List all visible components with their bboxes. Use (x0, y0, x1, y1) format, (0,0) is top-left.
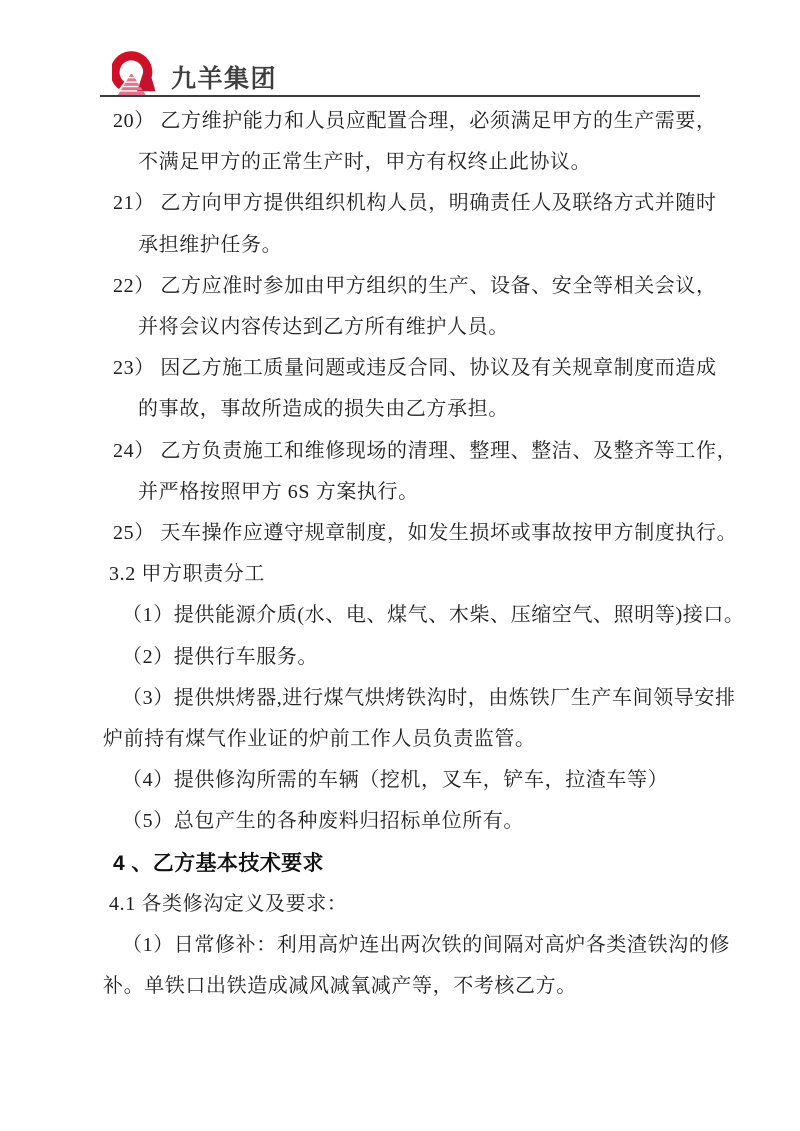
clause-21-line1: 21） 乙方向甲方提供组织机构人员，明确责任人及联络方式并随时 (100, 183, 700, 224)
clause-20-line1: 20） 乙方维护能力和人员应配置合理，必须满足甲方的生产需要， (100, 101, 700, 142)
page-header: 九羊集团 (0, 0, 800, 97)
jiuyang-group-logo-icon (112, 44, 170, 98)
section-4-1-heading: 4.1 各类修沟定义及要求： (100, 884, 700, 925)
clause-22-line2: 并将会议内容传达到乙方所有维护人员。 (100, 307, 700, 348)
item-2-crane-service: （2）提供行车服务。 (100, 637, 700, 678)
item-5-waste: （5）总包产生的各种废料归招标单位所有。 (100, 801, 700, 842)
clause-24-line1: 24） 乙方负责施工和维修现场的清理、整理、整洁、及整齐等工作， (100, 431, 700, 472)
clause-23-line1: 23） 因乙方施工质量问题或违反合同、协议及有关规章制度而造成 (100, 348, 700, 389)
header-divider (100, 95, 700, 97)
clause-24-line2: 并严格按照甲方 6S 方案执行。 (100, 472, 700, 513)
document-page: 九羊集团 20） 乙方维护能力和人员应配置合理，必须满足甲方的生产需要， 不满足… (0, 0, 800, 1131)
clause-22-line1: 22） 乙方应准时参加由甲方组织的生产、设备、安全等相关会议， (100, 266, 700, 307)
item-1-daily-repair-line1: （1）日常修补：利用高炉连出两次铁的间隔对高炉各类渣铁沟的修 (100, 925, 700, 966)
clause-20-line2: 不满足甲方的正常生产时，甲方有权终止此协议。 (100, 142, 700, 183)
section-3-2-heading: 3.2 甲方职责分工 (100, 554, 700, 595)
item-4-vehicles: （4）提供修沟所需的车辆（挖机，叉车，铲车，拉渣车等） (100, 760, 700, 801)
document-body: 20） 乙方维护能力和人员应配置合理，必须满足甲方的生产需要， 不满足甲方的正常… (0, 97, 700, 1007)
company-name: 九羊集团 (171, 59, 277, 95)
section-4-heading: 4 、乙方基本技术要求 (100, 843, 700, 884)
item-1-daily-repair-line2: 补。单铁口出铁造成减风减氧减产等，不考核乙方。 (100, 966, 700, 1007)
clause-21-line2: 承担维护任务。 (100, 225, 700, 266)
clause-25-line1: 25） 天车操作应遵守规章制度，如发生损坏或事故按甲方制度执行。 (100, 513, 700, 554)
clause-23-line2: 的事故，事故所造成的损失由乙方承担。 (100, 389, 700, 430)
item-3-baker-line2: 炉前持有煤气作业证的炉前工作人员负责监管。 (100, 719, 700, 760)
item-1-energy: （1）提供能源介质(水、电、煤气、木柴、压缩空气、照明等)接口。 (100, 595, 700, 636)
item-3-baker-line1: （3）提供烘烤器,进行煤气烘烤铁沟时，由炼铁厂生产车间领导安排 (100, 678, 700, 719)
